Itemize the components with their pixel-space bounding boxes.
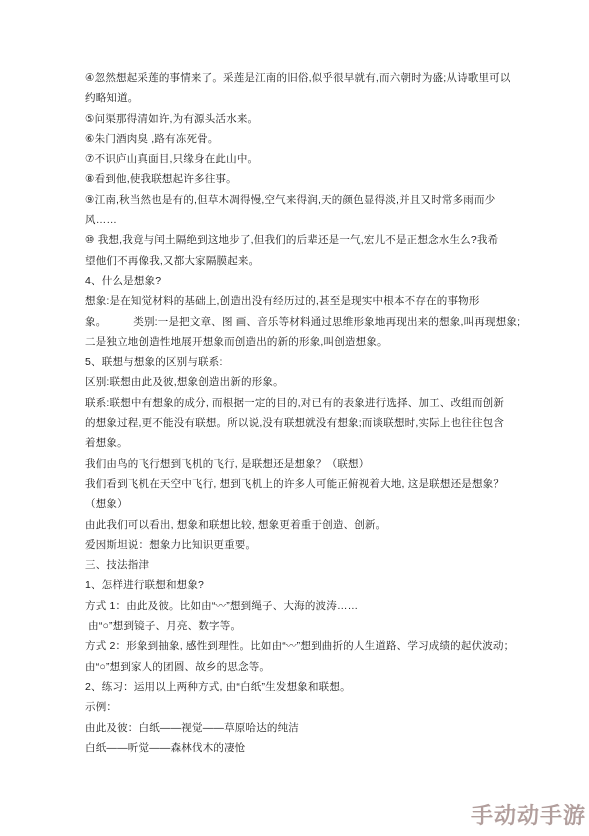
text-line: 区别:联想由此及彼,想象创造出新的形象。 [85, 372, 525, 392]
text-line: 5、联想与想象的区别与联系: [85, 352, 525, 372]
text-line: 1、怎样进行联想和想象? [85, 575, 525, 595]
document-text: ④忽然想起采莲的事情来了。采莲是江南的旧俗,似乎很早就有,而六朝时为盛;从诗歌里… [85, 68, 525, 758]
document-page: ④忽然想起采莲的事情来了。采莲是江南的旧俗,似乎很早就有,而六朝时为盛;从诗歌里… [0, 0, 589, 836]
text-line: ⑥朱门酒肉臭 ,路有冻死骨。 [85, 129, 525, 149]
text-line: ⑩ 我想,我竟与闰土隔绝到这地步了,但我们的后辈还是一气,宏儿不是正想念水生么?… [85, 230, 525, 250]
text-line: 方式 2：形象到抽象, 感性到理性。比如由“〰”想到曲折的人生道路、学习成绩的起… [85, 636, 525, 656]
text-line: 由此及彼：白纸——视觉——草原哈达的纯洁 [85, 718, 525, 738]
text-line: 示例： [85, 697, 525, 717]
text-line: 风…… [85, 210, 525, 230]
text-line: 由“○”想到家人的团圆、故乡的思念等。 [85, 657, 525, 677]
text-line: 三、技法指津 [85, 555, 525, 575]
text-line: 由“○”想到镜子、月亮、数字等。 [85, 616, 525, 636]
text-line: ⑦不识庐山真面目,只缘身在此山中。 [85, 149, 525, 169]
text-line: 二是独立地创造性地展开想象而创造出的新的形象,叫创造想象。 [85, 332, 525, 352]
text-line: 我们由鸟的飞行想到飞机的飞行, 是联想还是想象？（联想） [85, 454, 525, 474]
text-line: 我们看到飞机在天空中飞行, 想到飞机上的许多人可能正俯视着大地, 这是联想还是想… [85, 474, 525, 494]
watermark: 手动动手游 [471, 799, 586, 830]
text-line: 象。 类别:一是把文章、图 画、音乐等材料通过思维形象地再现出来的想象,叫再现想… [85, 312, 525, 332]
text-line: 想象:是在知觉材料的基础上,创造出没有经历过的,甚至是现实中根本不存在的事物形 [85, 291, 525, 311]
text-line: 方式 1：由此及彼。比如由“〰”想到绳子、大海的波涛…… [85, 596, 525, 616]
text-line: 2、练习：运用以上两种方式, 由“白纸”生发想象和联想。 [85, 677, 525, 697]
text-line: 4、什么是想象? [85, 271, 525, 291]
text-line: ⑨江南,秋当然也是有的,但草木凋得慢,空气来得润,天的颜色显得淡,并且又时常多雨… [85, 190, 525, 210]
text-line: 爱因斯坦说：想象力比知识更重要。 [85, 535, 525, 555]
text-line: 白纸——听觉——森林伐木的凄怆 [85, 738, 525, 758]
text-line: ⑤问渠那得清如许,为有源头活水来。 [85, 109, 525, 129]
text-line: 约略知道。 [85, 88, 525, 108]
text-line: 望他们不再像我,又都大家隔膜起来。 [85, 251, 525, 271]
text-line: 联系:联想中有想象的成分, 而根据一定的目的,对已有的表象进行选择、加工、改组而… [85, 393, 525, 413]
text-line: ⑧看到他,使我联想起许多往事。 [85, 169, 525, 189]
text-line: ④忽然想起采莲的事情来了。采莲是江南的旧俗,似乎很早就有,而六朝时为盛;从诗歌里… [85, 68, 525, 88]
text-line: （想象） [85, 494, 525, 514]
text-line: 由此我们可以看出, 想象和联想比较, 想象更着重于创造、创新。 [85, 515, 525, 535]
text-line: 着想象。 [85, 433, 525, 453]
text-line: 的想象过程,更不能没有联想。所以说,没有联想就没有想象;而谈联想时,实际上也往往… [85, 413, 525, 433]
